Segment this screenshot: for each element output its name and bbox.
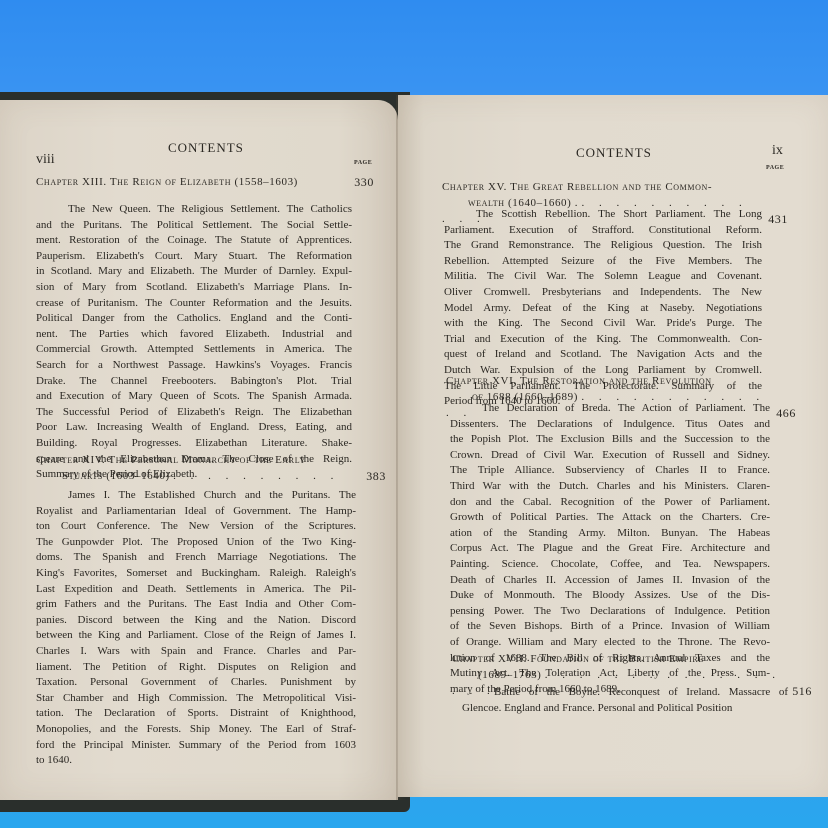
summary-line: James I. The Established Church and the … <box>36 488 356 504</box>
summary-line: pensing Power. The Two Declarations of I… <box>450 604 770 620</box>
summary-line: doms. The Spanish and French Marriage Ne… <box>36 550 356 566</box>
page-column-label: PAGE <box>354 160 372 166</box>
summary-line: Duke of Monmouth. The Bloody Assizes. Us… <box>450 588 770 604</box>
summary-line: The Grand Remonstrance. The Religious Qu… <box>444 238 762 254</box>
summary-line: Corpus Act. The Plague and the Great Fir… <box>450 541 770 557</box>
chapter-title: Chapter XIV. The Personal Monarchy of th… <box>36 454 306 466</box>
chapter-title-cont: Stuarts (1603–1640) <box>36 470 170 482</box>
summary-line: Drake. The Channel Freebooters. Babingto… <box>36 374 352 390</box>
summary-line: Last Expedition and Death. Settlements i… <box>36 582 356 598</box>
summary-line: between the King and Parliament. Close o… <box>36 628 356 644</box>
summary-line: Poor Law. Increasing Wealth of England. … <box>36 420 352 436</box>
summary-line: Pauperism. Elizabeth's Court. Mary Stuar… <box>36 249 352 265</box>
chapter-page-number: 383 <box>366 468 386 484</box>
summary-line: Model Army. Defeat of the King at Naseby… <box>444 301 762 317</box>
summary-line: Painting. Science. Chocolate, Coffee, an… <box>450 557 770 573</box>
summary-line: grim Fathers and the Puritans. The East … <box>36 597 356 613</box>
chapter-title-cont: (1689–1763) <box>452 669 541 681</box>
summary-line: Taxation. Personal Government of Charles… <box>36 675 356 691</box>
summary-line: ford the Principal Minister. Summary of … <box>36 738 356 754</box>
summary-line: Parliament. Execution of Strafford. Cons… <box>444 223 762 239</box>
summary-line: crease of Puritanism. The Counter Reform… <box>36 296 352 312</box>
summary-line: Oliver Cromwell. Presbyterians and Indep… <box>444 285 762 301</box>
summary-line: Monopolies, and the Forests. Ship Money.… <box>36 722 356 738</box>
chapter-page-number: 431 <box>768 211 788 227</box>
summary-line: with the King. The Second Civil War. Pri… <box>444 316 762 332</box>
summary-line: The Successful Period of Elizabeth's Rei… <box>36 405 352 421</box>
summary-line: and the Puritans. The Political Settleme… <box>36 218 352 234</box>
summary-line: Commercial Growth. Attempted Settlements… <box>36 342 352 358</box>
summary-line: Search for a Northwest Passage. Hawkins'… <box>36 358 352 374</box>
summary-line: to 1640. <box>36 753 356 769</box>
summary-line: King's Favorites, Somerset and Buckingha… <box>36 566 356 582</box>
summary-line: Trial and Execution of the King. The Com… <box>444 332 762 348</box>
running-head: CONTENTS <box>576 145 652 161</box>
summary-line: Building. Royal Progresses. Elizabethan … <box>36 436 352 452</box>
summary-line: Third War with the Dutch. Charles and hi… <box>450 479 770 495</box>
chapter-summary: James I. The Established Church and the … <box>36 488 356 769</box>
summary-line: quest of Ireland and Scotland. The Navig… <box>444 347 762 363</box>
summary-line: The Triple Alliance. Subserviency of Cha… <box>450 463 770 479</box>
summary-line: ton Court Conference. The New Version of… <box>36 519 356 535</box>
summary-line: Battle of the Boyne. Reconquest of Irela… <box>462 685 788 701</box>
summary-line: Dissenters. The Declarations of Indulgen… <box>450 417 770 433</box>
summary-line: sion of Mary from Scotland. Elizabeth's … <box>36 280 352 296</box>
right-page: CONTENTS ix PAGE Chapter XV. The Great R… <box>398 95 828 797</box>
summary-line: tation. The Declaration of Sports. Distr… <box>36 706 356 722</box>
page-number: viii <box>36 152 55 168</box>
summary-line: in Scotland. Mary and Elizabeth. The Mur… <box>36 264 352 280</box>
page-number: ix <box>772 143 783 159</box>
chapter-page-number: 466 <box>776 405 796 421</box>
summary-line: Star Chamber and High Commission. The Me… <box>36 691 356 707</box>
summary-line: Death of Charles II. Accession of James … <box>450 573 770 589</box>
chapter-heading[interactable]: Chapter XIII. The Reign of Elizabeth (15… <box>36 174 336 190</box>
summary-line: nent. The Parties which favored Elizabet… <box>36 327 352 343</box>
summary-line: Political Danger from the Catholics. Eng… <box>36 311 352 327</box>
summary-line: Crown. Dread of Civil War. Execution of … <box>450 448 770 464</box>
running-head: CONTENTS <box>168 140 244 156</box>
chapter-heading[interactable]: Chapter XIV. The Personal Monarchy of th… <box>36 452 356 484</box>
summary-line: of the Seven Bishops. Birth of a Prince.… <box>450 619 770 635</box>
chapter-page-number: 330 <box>354 174 374 190</box>
summary-line: Royalist and Parliamentarian Ideal of Go… <box>36 504 356 520</box>
summary-line: The New Queen. The Religious Settlement.… <box>36 202 352 218</box>
summary-line: Growth of Political Parties. The Attack … <box>450 510 770 526</box>
chapter-summary: The New Queen. The Religious Settlement.… <box>36 202 352 483</box>
summary-line: liament. The Petition of Right. Disputes… <box>36 660 356 676</box>
summary-line: The Declaration of Breda. The Action of … <box>450 401 770 417</box>
summary-line: and Execution of Mary Queen of Scots. Th… <box>36 389 352 405</box>
summary-line: The Gunpowder Plot. The Proposed Union o… <box>36 535 356 551</box>
leader-dots: . . . . . . . . . . <box>173 470 339 482</box>
page-column-label: PAGE <box>766 165 784 171</box>
summary-line: Charles I. Wars with Spain and France. C… <box>36 644 356 660</box>
summary-line: ation of the Standing Army. Milton. Buny… <box>450 526 770 542</box>
summary-line: The Scottish Rebellion. The Short Parlia… <box>444 207 762 223</box>
summary-line: the Popish Plot. The Exclusion Bills and… <box>450 432 770 448</box>
chapter-title: Chapter XVI. The Restoration and the Rev… <box>446 375 712 387</box>
chapter-title: Chapter XIII. The Reign of Elizabeth (15… <box>36 176 298 188</box>
left-page: viii CONTENTS PAGE Chapter XIII. The Rei… <box>0 100 398 800</box>
chapter-title: Chapter XV. The Great Rebellion and the … <box>442 181 712 193</box>
summary-line: ment. Restoration of the Coinage. The St… <box>36 233 352 249</box>
summary-line: Militia. The Civil War. The Solemn Leagu… <box>444 269 762 285</box>
summary-line: of Orange. William and Mary elected to t… <box>450 635 770 651</box>
chapter-summary: Battle of the Boyne. Reconquest of Irela… <box>462 685 788 716</box>
summary-line: Rebellion. Attempted Seizure of the Five… <box>444 254 762 270</box>
summary-line: don and the Cabal. Recognition of the Po… <box>450 495 770 511</box>
summary-line: panies. Discord between the King and the… <box>36 613 356 629</box>
summary-line: Glencoe. England and France. Personal an… <box>462 701 788 717</box>
chapter-page-number: 516 <box>792 683 812 699</box>
chapter-title: Chapter XVII. Foundation of the British … <box>452 653 704 665</box>
